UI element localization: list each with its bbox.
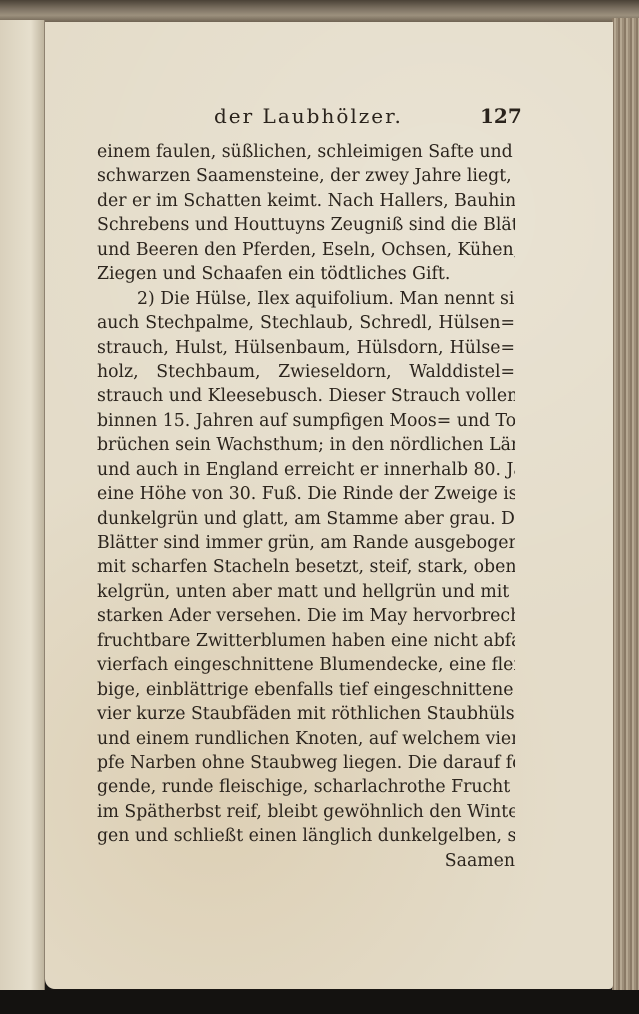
text-line: fruchtbare Zwitterblumen haben eine nich…: [97, 629, 515, 653]
page-header: der Laubhölzer. 127: [214, 104, 534, 130]
text-line: strauch, Hulst, Hülsenbaum, Hülsdorn, Hü…: [97, 336, 515, 360]
text-line: im Spätherbst reif, bleibt gewöhnlich de…: [97, 800, 515, 824]
text-line: dunkelgrün und glatt, am Stamme aber gra…: [97, 507, 515, 531]
text-line: Blätter sind immer grün, am Rande ausgeb…: [97, 531, 515, 555]
text-line: bige, einblättrige ebenfalls tief einges…: [97, 678, 515, 702]
text-line: Schrebens und Houttuyns Zeugniß sind die…: [97, 213, 515, 237]
text-line: pfe Narben ohne Staubweg liegen. Die dar…: [97, 751, 515, 775]
catchword: Saamen: [97, 849, 515, 873]
text-line: binnen 15. Jahren auf sumpfigen Moos= un…: [97, 409, 515, 433]
text-line: und einem rundlichen Knoten, auf welchem…: [97, 727, 515, 751]
book-top-edge: [0, 0, 639, 22]
body-text: einem faulen, süßlichen, schleimigen Saf…: [97, 140, 515, 873]
running-title: der Laubhölzer.: [214, 104, 403, 128]
text-line: starken Ader versehen. Die im May hervor…: [97, 604, 515, 628]
text-line: der er im Schatten keimt. Nach Hallers, …: [97, 189, 515, 213]
text-line: vier kurze Staubfäden mit röthlichen Sta…: [97, 702, 515, 726]
text-line: kelgrün, unten aber matt und hellgrün un…: [97, 580, 515, 604]
text-line: und Beeren den Pferden, Eseln, Ochsen, K…: [97, 238, 515, 262]
page-number: 127: [480, 104, 522, 128]
text-line: gende, runde fleischige, scharlachrothe …: [97, 775, 515, 799]
text-line: gen und schließt einen länglich dunkelge…: [97, 824, 515, 848]
text-line: holz, Stechbaum, Zwieseldorn, Walddistel…: [97, 360, 515, 384]
text-line: Ziegen und Schaafen ein tödtliches Gift.: [97, 262, 515, 286]
text-line: und auch in England erreicht er innerhal…: [97, 458, 515, 482]
page-stack-edge: [612, 18, 639, 1008]
text-line: strauch und Kleesebusch. Dieser Strauch …: [97, 384, 515, 408]
text-line: auch Stechpalme, Stechlaub, Schredl, Hül…: [97, 311, 515, 335]
text-line: vierfach eingeschnittene Blumendecke, ei…: [97, 653, 515, 677]
text-line: schwarzen Saamensteine, der zwey Jahre l…: [97, 164, 515, 188]
facing-page-edge: [0, 20, 45, 1000]
text-line: brüchen sein Wachsthum; in den nördliche…: [97, 433, 515, 457]
text-line: einem faulen, süßlichen, schleimigen Saf…: [97, 140, 515, 164]
scan-background: [0, 990, 639, 1014]
text-line: mit scharfen Stacheln besetzt, steif, st…: [97, 555, 515, 579]
section-start-line: 2) Die Hülse, Ilex aquifolium. Man nennt…: [97, 287, 515, 311]
text-line: eine Höhe von 30. Fuß. Die Rinde der Zwe…: [97, 482, 515, 506]
